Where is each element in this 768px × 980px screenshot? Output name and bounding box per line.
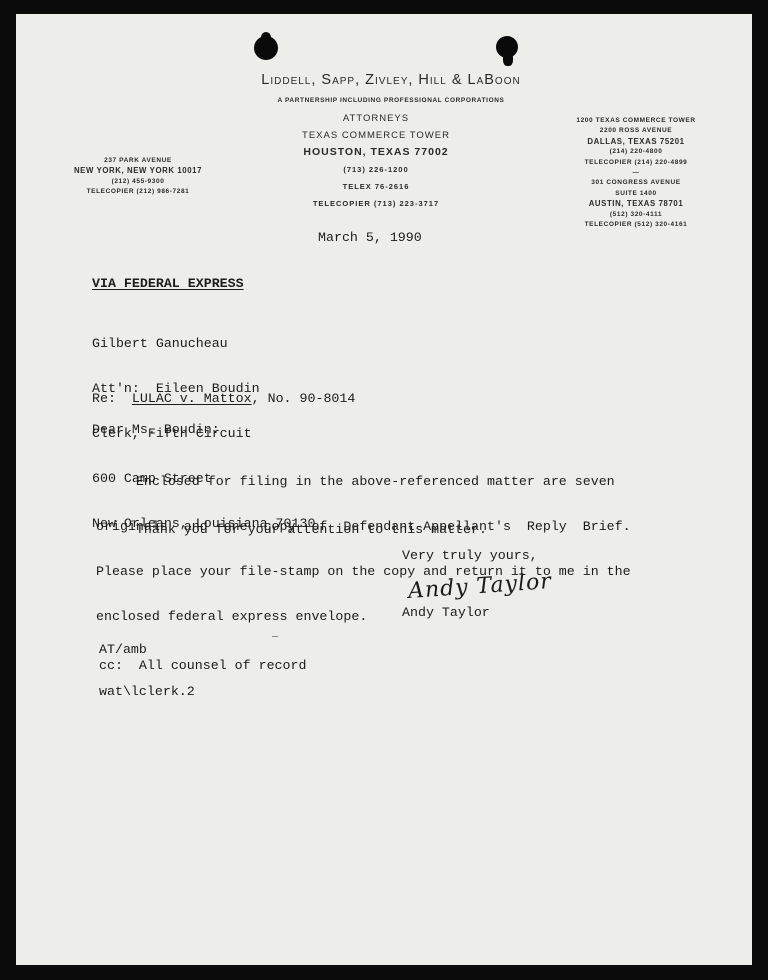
austin-suite: SUITE 1400 xyxy=(536,189,736,199)
austin-street: 301 CONGRESS AVENUE xyxy=(536,178,736,188)
ny-city: NEW YORK, NEW YORK 10017 xyxy=(46,166,230,176)
delivery-method: VIA FEDERAL EXPRESS xyxy=(92,276,244,291)
body-paragraph-1: Enclosed for filing in the above-referen… xyxy=(96,444,631,654)
firm-subtitle: A PARTNERSHIP INCLUDING PROFESSIONAL COR… xyxy=(196,96,586,106)
recipient-line: Gilbert Ganucheau xyxy=(92,336,315,351)
case-number: , No. 90-8014 xyxy=(252,391,356,406)
dallas-building: 1200 TEXAS COMMERCE TOWER xyxy=(536,116,736,126)
firm-name: Liddell, Sapp, Zivley, Hill & LaBoon xyxy=(196,72,586,88)
re-label: Re: xyxy=(92,391,116,406)
ny-street: 237 PARK AVENUE xyxy=(46,156,230,166)
houston-phone: (713) 226-1200 xyxy=(276,161,476,178)
dallas-street: 2200 ROSS AVENUE xyxy=(536,126,736,136)
dallas-phone: (214) 220-4800 xyxy=(536,147,736,157)
signer-name: Andy Taylor xyxy=(402,605,490,620)
austin-city: AUSTIN, TEXAS 78701 xyxy=(536,199,736,209)
office-separator: — xyxy=(536,168,736,178)
re-line: Re: LULAC v. Mattox, No. 90-8014 xyxy=(92,391,355,406)
cc-line: cc: All counsel of record xyxy=(99,658,306,673)
ny-phone: (212) 455-9300 xyxy=(46,177,230,187)
stray-mark xyxy=(272,636,278,637)
dallas-telecopier: TELECOPIER (214) 220-4899 xyxy=(536,158,736,168)
closing: Very truly yours, xyxy=(402,548,538,563)
houston-telecopier: TELECOPIER (713) 223-3717 xyxy=(276,195,476,212)
letter-date: March 5, 1990 xyxy=(318,230,422,245)
case-name: LULAC v. Mattox xyxy=(132,391,252,406)
dallas-city: DALLAS, TEXAS 75201 xyxy=(536,137,736,147)
dallas-office: 1200 TEXAS COMMERCE TOWER 2200 ROSS AVEN… xyxy=(536,116,736,230)
austin-telecopier: TELECOPIER (512) 320-4161 xyxy=(536,220,736,230)
ny-telecopier: TELECOPIER (212) 986-7281 xyxy=(46,187,230,197)
houston-office: ATTORNEYS TEXAS COMMERCE TOWER HOUSTON, … xyxy=(276,110,476,212)
salutation: Dear Ms. Boudin: xyxy=(92,422,220,437)
letter-page: Liddell, Sapp, Zivley, Hill & LaBoon A P… xyxy=(16,14,752,965)
attorneys-label: ATTORNEYS xyxy=(276,110,476,127)
houston-city: HOUSTON, TEXAS 77002 xyxy=(276,144,476,161)
houston-telex: TELEX 76-2616 xyxy=(276,178,476,195)
punch-hole-right-tail xyxy=(503,52,513,66)
file-reference: wat\lclerk.2 xyxy=(99,684,195,699)
austin-phone: (512) 320-4111 xyxy=(536,210,736,220)
body-paragraph-2: Thank you for your attention to this mat… xyxy=(96,522,487,537)
body-line: Enclosed for filing in the above-referen… xyxy=(96,474,631,489)
new-york-office: 237 PARK AVENUE NEW YORK, NEW YORK 10017… xyxy=(46,156,230,198)
houston-building: TEXAS COMMERCE TOWER xyxy=(276,127,476,144)
punch-hole-left-notch xyxy=(261,32,271,42)
reference-initials: AT/amb xyxy=(99,642,147,657)
body-line: enclosed federal express envelope. xyxy=(96,609,631,624)
